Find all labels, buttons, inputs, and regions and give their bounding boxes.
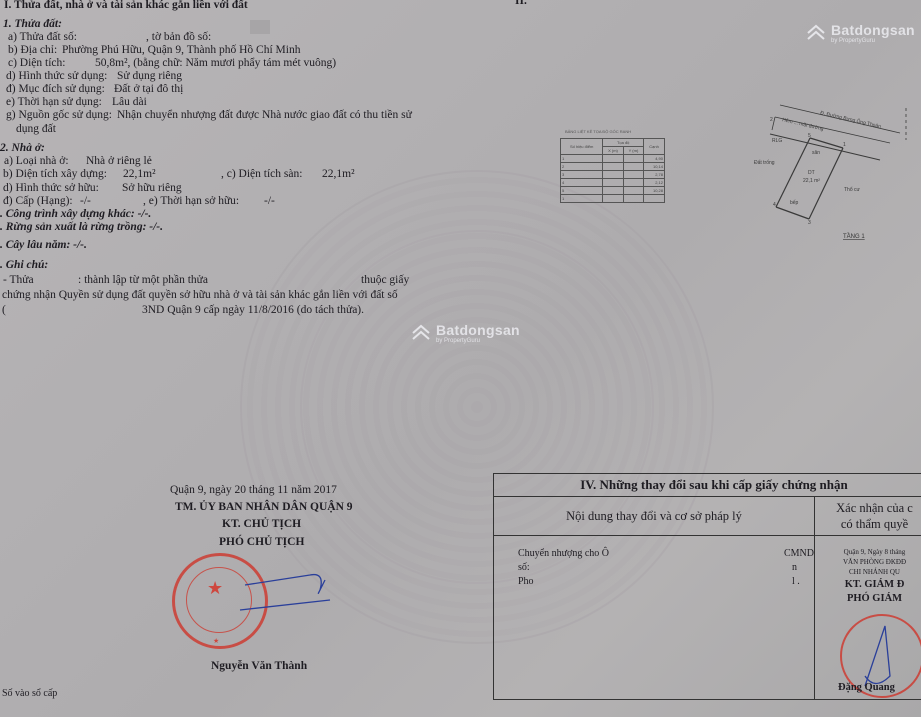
confirm-header-line2: có thẩm quyề (815, 516, 921, 532)
changes-table: IV. Những thay đổi sau khi cấp giấy chứn… (493, 473, 921, 700)
coord-table-row: 1 (561, 195, 665, 203)
coord-edge (644, 195, 665, 203)
coord-x (603, 171, 623, 179)
notes-line1-c: thuộc giấy (361, 273, 409, 287)
build-area-value: 22,1m² (123, 167, 156, 181)
origin-value-line2: dụng đất (16, 122, 56, 136)
ownership-label: d) Hình thức sở hữu: (3, 181, 99, 195)
confirm-office-2: CHI NHÁNH QU (815, 568, 921, 576)
coord-y (623, 187, 643, 195)
coord-point: 3 (561, 171, 603, 179)
map-sheet-label: , tờ bản đồ số: (146, 30, 211, 44)
area-value: 50,8m², (bằng chữ: Năm mươi phẩy tám mét… (95, 56, 336, 70)
confirm-office-1: VĂN PHÒNG ĐKĐĐ (815, 558, 921, 566)
coord-table-row: 510,28 (561, 187, 665, 195)
signature-ink (230, 560, 340, 630)
coord-edge: 10,14 (644, 163, 665, 171)
coord-header-x: X (m) (603, 147, 623, 155)
issuing-org: TM. ỦY BAN NHÂN DÂN QUẬN 9 (175, 501, 353, 513)
notes-line1-a: - Thửa (3, 273, 34, 287)
grade-value: -/- (80, 194, 91, 208)
notes-line3-b: 3ND Quận 9 cấp ngày 11/8/2016 (do tách t… (142, 303, 364, 317)
coord-point: 1 (561, 155, 603, 163)
batdongsan-logo-icon (410, 322, 432, 344)
changes-confirm-cell: Quận 9, Ngày 8 tháng VĂN PHÒNG ĐKĐĐ CHI … (815, 536, 921, 699)
floor-area-label: , c) Diện tích sàn: (221, 167, 302, 181)
coord-table-row: 210,14 (561, 163, 665, 171)
star-icon: ★ (207, 578, 223, 599)
change-line2-right: n (792, 562, 797, 573)
forest-line: . Rừng sản xuất là rừng trồng: -/-. (0, 220, 163, 234)
coord-header-point: Số hiệu điểm (561, 139, 603, 155)
coord-edge: 2,78 (644, 171, 665, 179)
change-line3: Pho (518, 576, 534, 587)
coord-y (623, 163, 643, 171)
notes-line2: chứng nhận Quyền sử dụng đất quyền sở hữ… (2, 288, 398, 302)
origin-value-line1: Nhận chuyển nhượng đất được Nhà nước gia… (117, 108, 412, 122)
coord-table-caption: BẢNG LIỆT KÊ TỌA ĐỘ GÓC RANH (565, 129, 631, 134)
purpose-value: Đất ở tại đô thị (114, 82, 183, 96)
origin-label: g) Nguồn gốc sử dụng: (6, 108, 112, 122)
coord-x (603, 195, 623, 203)
coord-edge: 2,12 (644, 179, 665, 187)
coord-header-edge: Cạnh (644, 139, 665, 155)
bep-label: bếp (790, 200, 799, 206)
house-heading: 2. Nhà ở: (0, 141, 45, 155)
coord-y (623, 179, 643, 187)
change-line1: Chuyển nhượng cho Ô (518, 548, 609, 559)
coord-point: 5 (561, 187, 603, 195)
coord-y (623, 195, 643, 203)
coordinate-table: Số hiệu điểm Tọa độ Cạnh X (m) Y (m) 14,… (560, 138, 665, 203)
address-label: b) Địa chỉ: (8, 43, 57, 57)
dt-label: DT (808, 170, 815, 176)
changes-col-confirm-header: Xác nhận của c có thẩm quyề (815, 497, 921, 535)
coord-table-row: 32,78 (561, 171, 665, 179)
house-type-label: a) Loại nhà ở: (4, 154, 69, 168)
term-value: Lâu dài (112, 95, 147, 109)
notes-line3-a: ( (2, 303, 6, 317)
watermark-brand: Batdongsan (436, 322, 520, 338)
svg-text:3: 3 (808, 220, 811, 226)
usage-form-value: Sử dụng riêng (117, 69, 182, 83)
watermark-center: Batdongsan by PropertyGuru (410, 322, 520, 344)
confirm-date: Quận 9, Ngày 8 tháng (815, 548, 921, 556)
build-area-label: b) Diện tích xây dựng: (3, 167, 107, 181)
coord-y (623, 155, 643, 163)
change-line2: số: (518, 562, 530, 573)
house-type-value: Nhà ở riêng lẻ (86, 154, 152, 168)
coord-edge: 10,28 (644, 187, 665, 195)
confirm-header-line1: Xác nhận của c (815, 500, 921, 516)
changes-table-title: IV. Những thay đổi sau khi cấp giấy chứn… (494, 474, 921, 497)
confirm-role-1: KT. GIÁM Đ (815, 579, 921, 590)
coord-point: 2 (561, 163, 603, 171)
change-line3-right: l . (792, 576, 800, 587)
redacted-block (250, 20, 270, 34)
watermark-sub: by PropertyGuru (436, 338, 520, 344)
neighbor-left-label: Đất trống (754, 160, 775, 166)
neighbor-right-label: Thổ cư (844, 186, 861, 193)
coord-edge: 4,90 (644, 155, 665, 163)
term-label: e) Thời hạn sử dụng: (6, 95, 102, 109)
area-label: c) Diện tích: (8, 56, 65, 70)
coord-table-row: 42,12 (561, 179, 665, 187)
changes-col-content-header: Nội dung thay đổi và cơ sở pháp lý (494, 497, 815, 535)
star-icon: ★ (213, 637, 219, 645)
plot-area-label: 22,1 m² (803, 178, 820, 184)
other-construction: . Công trình xây dựng khác: -/-. (0, 207, 151, 221)
road-label: Đ. Đường Bưng Ông Thoàn (820, 109, 882, 130)
changes-content-cell: Chuyển nhượng cho Ô CMND số: n Pho l . (494, 536, 815, 699)
floor-area-value: 22,1m² (322, 167, 355, 181)
address-value: Phường Phú Hữu, Quận 9, Thành phố Hồ Chí… (62, 43, 300, 57)
issue-date-line: Quận 9, ngày 20 tháng 11 năm 2017 (170, 484, 337, 496)
notes-line1-b: : thành lập từ một phần thửa (78, 273, 208, 287)
coord-point: 1 (561, 195, 603, 203)
own-term-value: -/- (264, 194, 275, 208)
plot-diagram: Đ. Đường Bưng Ông Thoàn Hẻm ... mặt đườn… (740, 100, 921, 250)
perennial-line: . Cây lâu năm: -/-. (0, 238, 87, 252)
notes-heading: . Ghi chú: (0, 258, 48, 272)
coord-x (603, 155, 623, 163)
right-section-header: II. (515, 0, 527, 8)
ownership-value: Sở hữu riêng (122, 181, 182, 195)
watermark-brand: Batdongsan (831, 22, 915, 38)
watermark-top-right: Batdongsan by PropertyGuru (805, 22, 915, 44)
section-header: I. Thửa đất, nhà ở và tài sản khác gắn l… (4, 0, 248, 12)
signer-name: Nguyễn Văn Thành (211, 660, 307, 672)
land-heading: 1. Thửa đất: (3, 17, 62, 31)
svg-text:5: 5 (808, 133, 811, 139)
change-line1-right: CMND (784, 548, 814, 559)
setback-label: RLG (772, 138, 782, 144)
svg-text:1: 1 (843, 142, 846, 148)
coord-y (623, 171, 643, 179)
batdongsan-logo-icon (805, 22, 827, 44)
san-label: sân (812, 150, 820, 156)
coord-point: 4 (561, 179, 603, 187)
confirm-signer: Đặng Quang (838, 682, 895, 693)
usage-form-label: d) Hình thức sử dụng: (6, 69, 107, 83)
signer-role-1: KT. CHỦ TỊCH (222, 518, 301, 530)
coord-x (603, 187, 623, 195)
register-label: Số vào sổ cấp (2, 688, 57, 699)
purpose-label: đ) Mục đích sử dụng: (6, 82, 105, 96)
parcel-label: a) Thửa đất số: (8, 30, 77, 44)
own-term-label: , e) Thời hạn sở hữu: (143, 194, 239, 208)
coord-table-row: 14,90 (561, 155, 665, 163)
watermark-sub: by PropertyGuru (831, 38, 915, 44)
coord-header-coords: Tọa độ (603, 139, 644, 147)
grade-label: đ) Cấp (Hạng): (3, 194, 73, 208)
floor-label: TẦNG 1 (843, 233, 865, 240)
coord-x (603, 163, 623, 171)
signer-role-2: PHÓ CHỦ TỊCH (219, 536, 304, 548)
coord-header-y: Y (m) (623, 147, 643, 155)
confirm-role-2: PHÓ GIÁM (815, 593, 921, 604)
coord-x (603, 179, 623, 187)
alley-label: Hẻm ... mặt đường (782, 117, 825, 132)
svg-text:4: 4 (773, 202, 776, 208)
svg-text:2: 2 (770, 117, 773, 123)
